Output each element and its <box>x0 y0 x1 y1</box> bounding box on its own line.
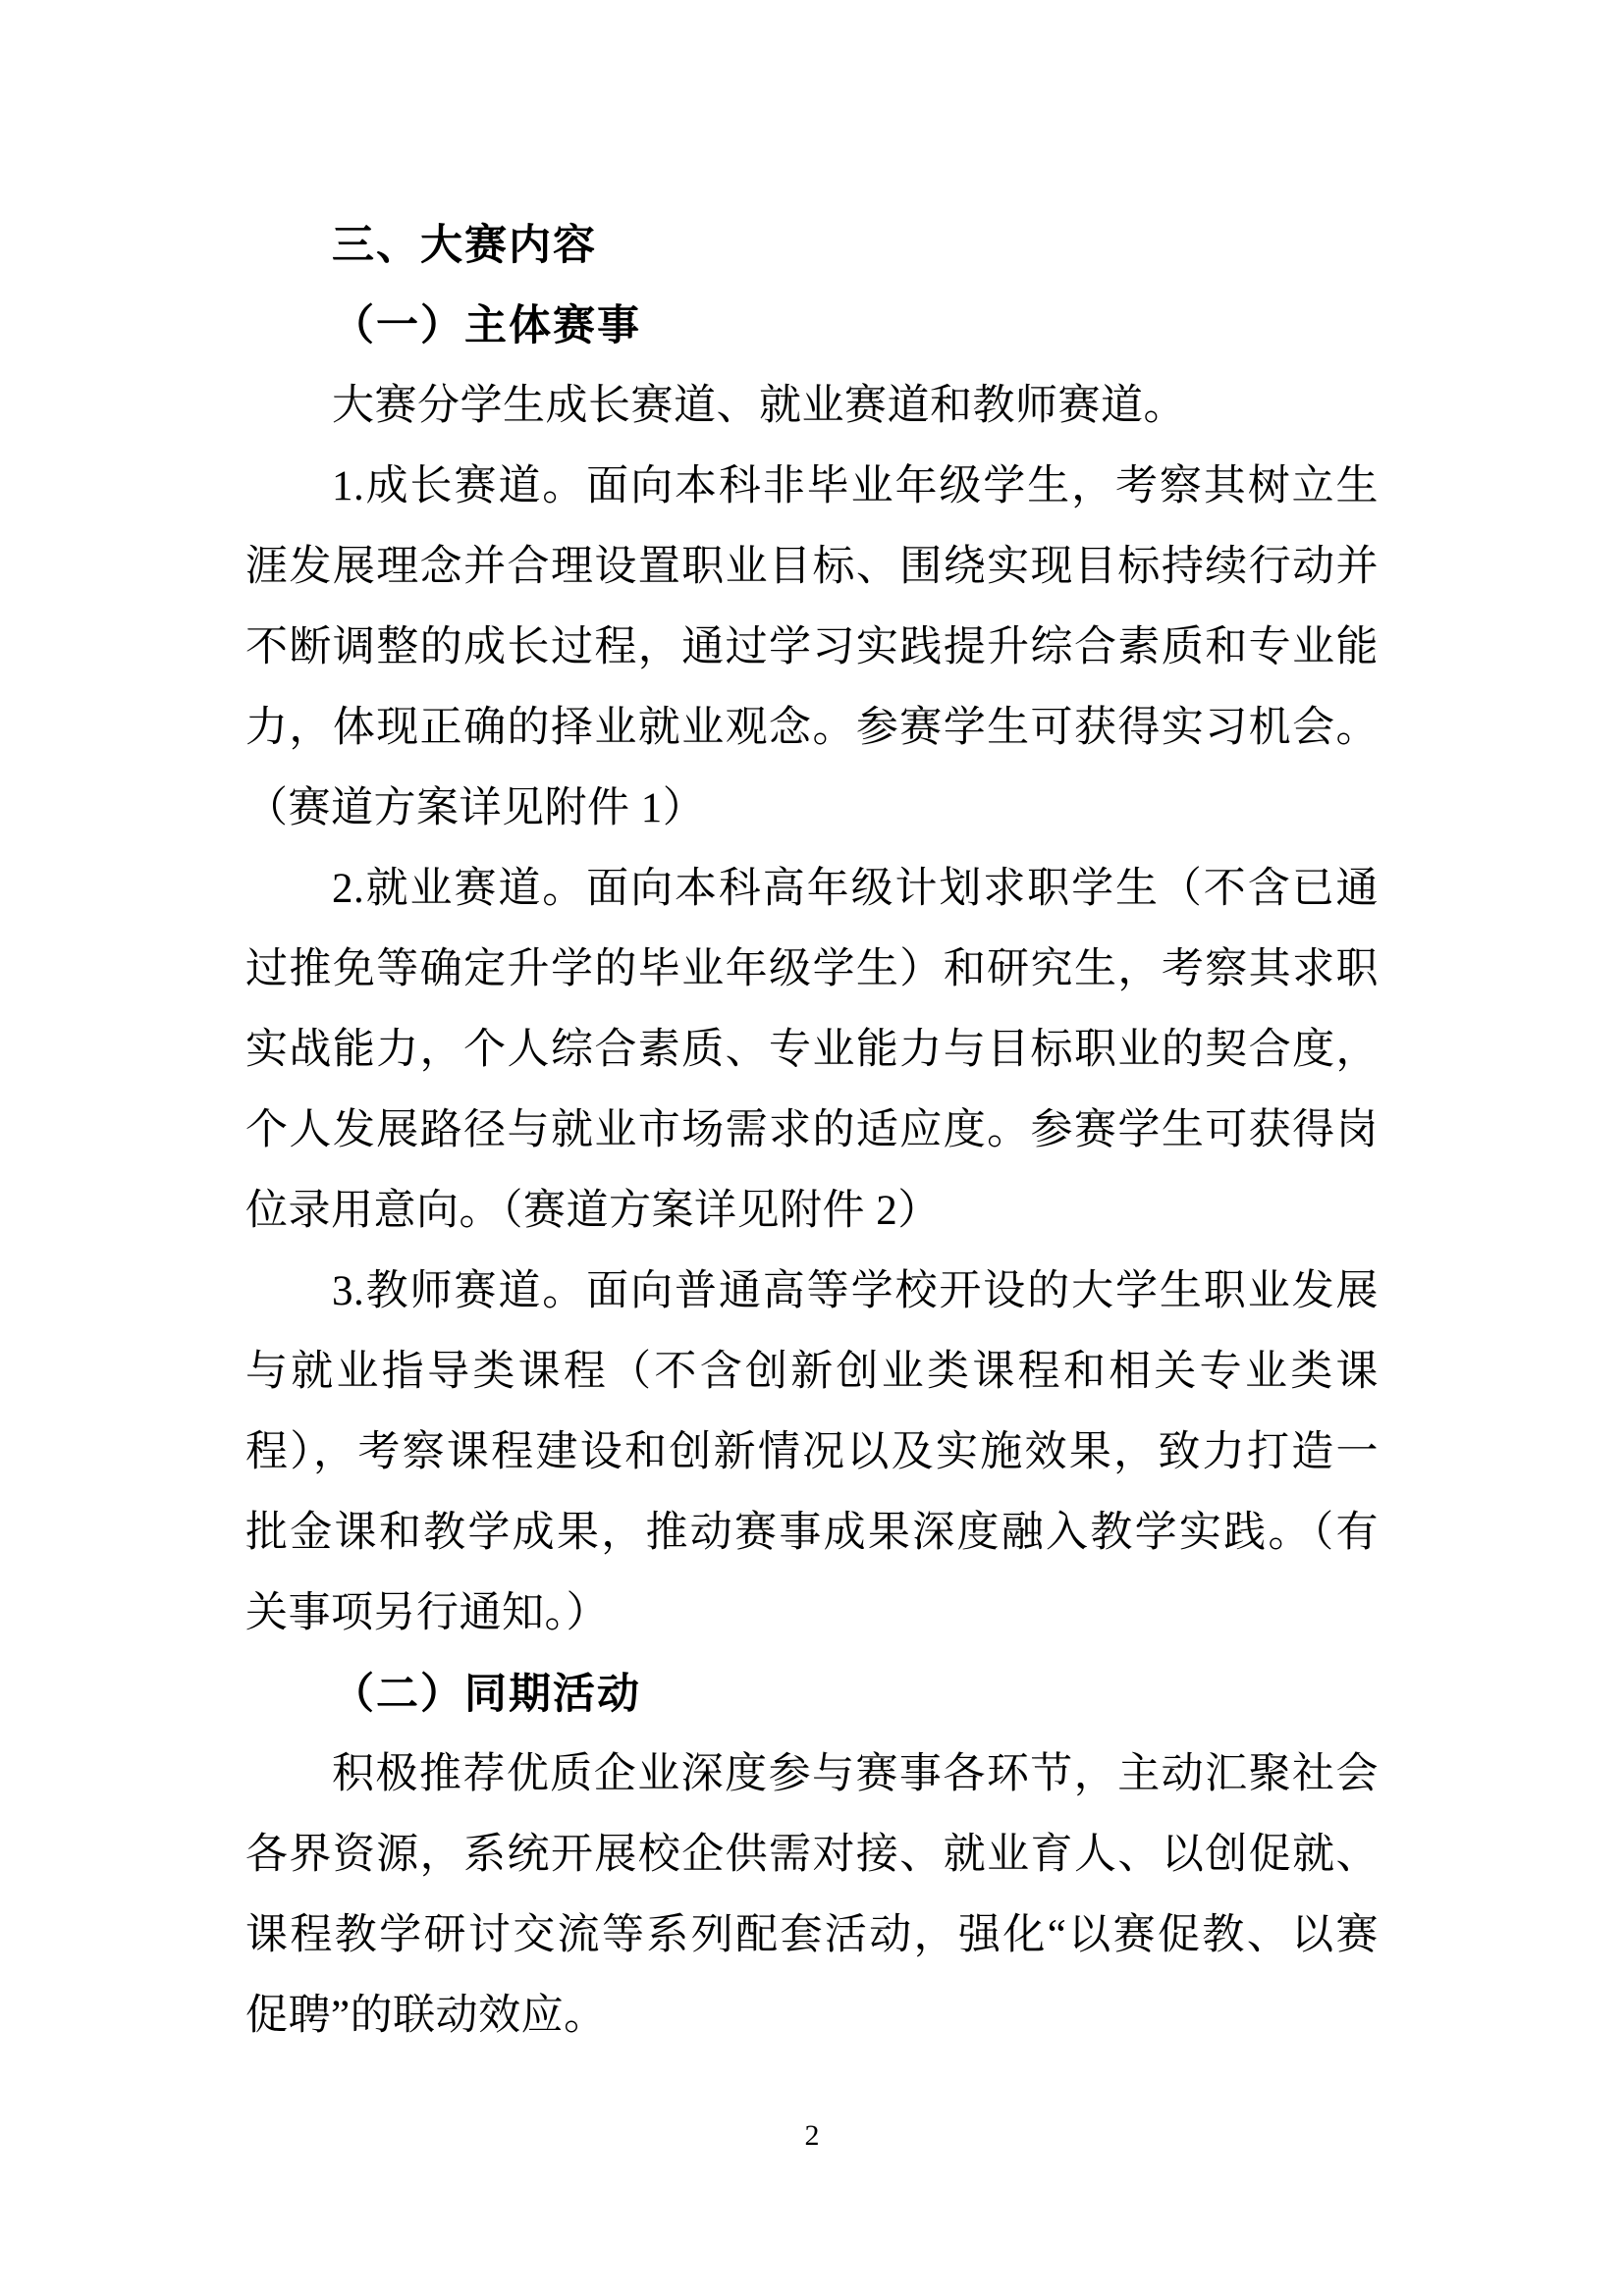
paragraph-line: 程），考察课程建设和创新情况以及实施效果，致力打造一 <box>245 1413 1379 1493</box>
paragraph-line: 实战能力，个人综合素质、专业能力与目标职业的契合度， <box>245 1010 1379 1091</box>
paragraph-line: 1.成长赛道。面向本科非毕业年级学生，考察其树立生 <box>245 447 1379 527</box>
paragraph-line: 关事项另行通知。） <box>245 1574 1379 1654</box>
paragraph-line: 不断调整的成长过程，通过学习实践提升综合素质和专业能 <box>245 608 1379 688</box>
paragraph-line: 各界资源，系统开展校企供需对接、就业育人、以创促就、 <box>245 1815 1379 1896</box>
paragraph-line: 过推免等确定升学的毕业年级学生）和研究生，考察其求职 <box>245 930 1379 1010</box>
paragraph-line: 力，体现正确的择业就业观念。参赛学生可获得实习机会。 <box>245 688 1379 769</box>
paragraph-line: 促聘”的联动效应。 <box>245 1976 1379 2056</box>
paragraph-line: 课程教学研讨交流等系列配套活动，强化“以赛促教、以赛 <box>245 1896 1379 1976</box>
paragraph-line: 个人发展路径与就业市场需求的适应度。参赛学生可获得岗 <box>245 1091 1379 1171</box>
paragraph-line: 3.教师赛道。面向普通高等学校开设的大学生职业发展 <box>245 1252 1379 1332</box>
page-number: 2 <box>0 2116 1624 2156</box>
paragraph-line: 与就业指导类课程（不含创新创业类课程和相关专业类课 <box>245 1332 1379 1413</box>
paragraph-line: 2.就业赛道。面向本科高年级计划求职学生（不含已通 <box>245 849 1379 930</box>
paragraph-line: 涯发展理念并合理设置职业目标、围绕实现目标持续行动并 <box>245 527 1379 608</box>
document-body: 三、大赛内容 （一）主体赛事 大赛分学生成长赛道、就业赛道和教师赛道。 1.成长… <box>245 205 1379 2056</box>
paragraph-line: （赛道方案详见附件 1） <box>245 769 1379 849</box>
section-heading: 三、大赛内容 <box>245 205 1379 286</box>
document-page: 三、大赛内容 （一）主体赛事 大赛分学生成长赛道、就业赛道和教师赛道。 1.成长… <box>0 0 1624 2296</box>
subsection-heading-2: （二）同期活动 <box>245 1654 1379 1735</box>
paragraph-line: 积极推荐优质企业深度参与赛事各环节，主动汇聚社会 <box>245 1735 1379 1815</box>
paragraph-line: 位录用意向。（赛道方案详见附件 2） <box>245 1171 1379 1252</box>
paragraph-line: 大赛分学生成长赛道、就业赛道和教师赛道。 <box>245 366 1379 447</box>
paragraph-line: 批金课和教学成果，推动赛事成果深度融入教学实践。（有 <box>245 1493 1379 1574</box>
subsection-heading-1: （一）主体赛事 <box>245 286 1379 366</box>
